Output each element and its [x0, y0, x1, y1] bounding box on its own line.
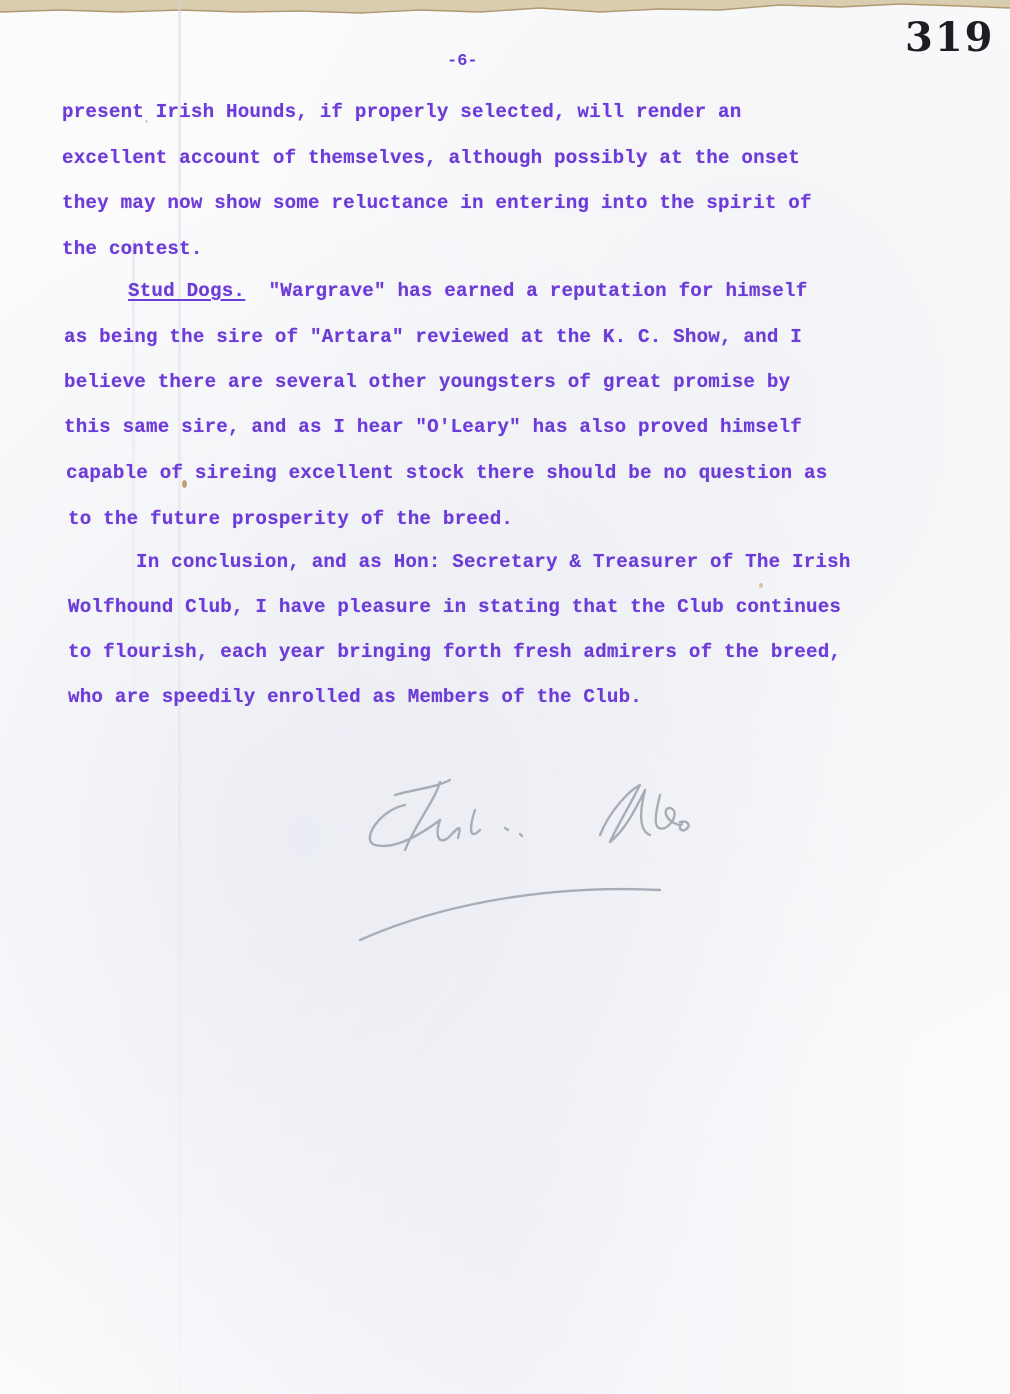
text-line: capable of sireing excellent stock there… — [66, 462, 827, 484]
handwritten-signature — [340, 750, 720, 950]
text-line: they may now show some reluctance in ent… — [62, 192, 812, 214]
typed-letter-body: present Irish Hounds, if properly select… — [0, 0, 47, 462]
text-line: In conclusion, and as Hon: Secretary & T… — [136, 551, 851, 573]
text-line: this same sire, and as I hear "O'Leary" … — [64, 416, 802, 438]
text-line: "Wargrave" has earned a reputation for h… — [245, 280, 807, 302]
text-line: Wolfhound Club, I have pleasure in stati… — [68, 596, 841, 618]
text-line: to flourish, each year bringing forth fr… — [68, 641, 841, 663]
text-line: excellent account of themselves, althoug… — [62, 147, 800, 169]
paper-fold-line — [132, 240, 135, 760]
text-line: who are speedily enrolled as Members of … — [68, 686, 642, 708]
text-line: believe there are several other youngste… — [64, 371, 790, 393]
text-line: to the future prosperity of the breed. — [68, 508, 513, 530]
page-number: -6- — [447, 52, 478, 71]
document-page: 319 -6- present Irish Hounds, if properl… — [0, 0, 1010, 1394]
section-heading-stud-dogs: Stud Dogs. — [128, 280, 245, 302]
text-line: present Irish Hounds, if properly select… — [62, 101, 741, 123]
stud-dogs-paragraph-first-line: Stud Dogs. "Wargrave" has earned a reput… — [128, 280, 807, 302]
text-line: the contest. — [62, 238, 203, 260]
paper-stain — [145, 120, 148, 123]
archive-stamp-number: 319 — [905, 14, 995, 61]
paper-stain — [182, 480, 187, 488]
paper-stain — [759, 583, 763, 588]
torn-paper-edge — [0, 0, 1010, 22]
text-line: as being the sire of "Artara" reviewed a… — [64, 326, 802, 348]
